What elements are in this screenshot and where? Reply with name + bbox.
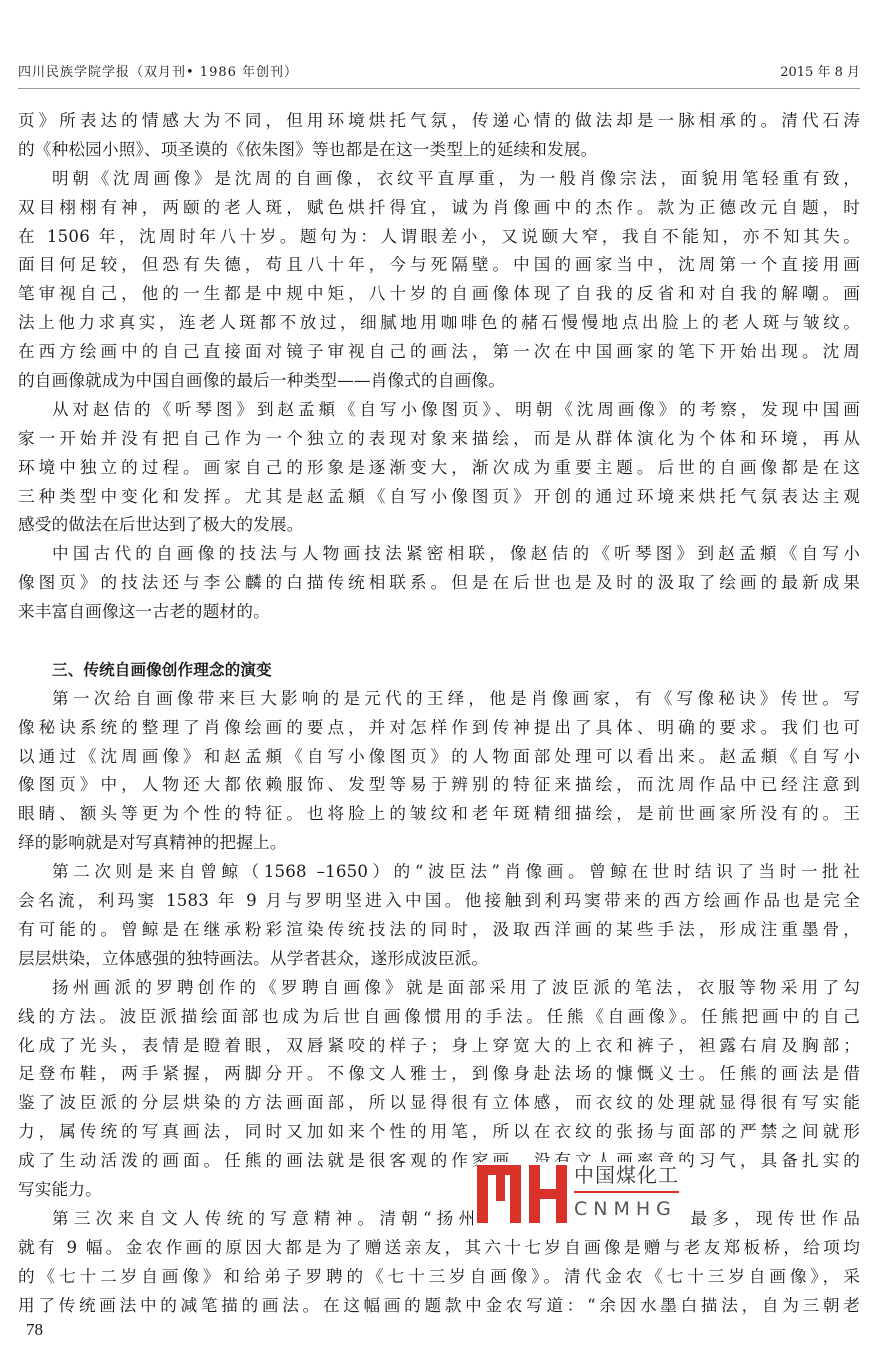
watermark-chinese-text: 中国煤化工 <box>574 1162 679 1188</box>
body-line: 的《七十二岁自画像》和给弟子罗聘的《七十三岁自画像》。清代金农《七十三岁自画像》… <box>18 1263 860 1292</box>
body-line: 化成了光头，表情是瞪着眼，双唇紧咬的样子；身上穿宽大的上衣和裤子，袒露右肩及胸部… <box>18 1032 860 1061</box>
body-line: 双目栩栩有神，两颐的老人斑，赋色烘扦得宜，诚为肖像画中的杰作。款为正德改元自题，… <box>18 194 860 223</box>
body-line: 来丰富自画像这一古老的题材的。 <box>18 598 860 627</box>
body-line: 层层烘染，立体感强的独特画法。从学者甚众，遂形成波臣派。 <box>18 945 860 974</box>
body-line: 面目何足较，但恐有失德，苟且八十年，今与死隔壁。中国的画家当中，沈周第一个直接用… <box>18 251 860 280</box>
body-line: 三种类型中变化和发挥。尤其是赵孟頫《自写小像图页》开创的通过环境来烘托气氛表达主… <box>18 483 860 512</box>
section-heading: 三、传统自画像创作理念的演变 <box>18 656 860 685</box>
header-rule <box>18 88 860 89</box>
body-line: 线的方法。波臣派描绘面部也成为后世自画像惯用的手法。任熊《自画像》。任熊把画中的… <box>18 1003 860 1032</box>
body-line: 足登布鞋，两手紧握，两脚分开。不像文人雅士，到像身赴法场的慷慨义士。任熊的画法是… <box>18 1060 860 1089</box>
body-line: 第二次则是来自曾鲸（1568 –1650）的“波臣法”肖像画。曾鲸在世时结识了当… <box>18 858 860 887</box>
body-line: 力，属传统的写真画法，同时又加如来个性的用笔，所以在衣纹的张扬与面部的严禁之间就… <box>18 1118 860 1147</box>
body-line: 写实能力。 <box>18 1176 860 1205</box>
issue-date: 2015 年 8 月 <box>780 62 860 84</box>
paragraph-gap <box>18 627 860 656</box>
journal-title: 四川民族学院学报（双月刊• 1986 年创刊） <box>18 62 298 84</box>
body-line: 像图页》中，人物还大都依赖服饰、发型等易于辨别的特征来描绘，而沈周作品中已经注意… <box>18 771 860 800</box>
body-line: 在西方绘画中的自己直接面对镜子审视自己的画法，第一次在中国画家的笔下开始出现。沈… <box>18 338 860 367</box>
body-line: 中国古代的自画像的技法与人物画技法紧密相联，像赵佶的《听琴图》到赵孟頫《自写小 <box>18 540 860 569</box>
body-line: 第三次来自文人传统的写意精神。清朝“扬州八怪”中金农的自画像最多，现传世作品 <box>18 1205 860 1234</box>
body-line: 鉴了波臣派的分层烘染的方法画面部，所以显得很有立体感，而衣纹的处理就显得很有写实… <box>18 1089 860 1118</box>
body-line: 家一开始并没有把自己作为一个独立的表现对象来描绘，而是从群体演化为个体和环境，再… <box>18 425 860 454</box>
body-line: 的《种松园小照》、项圣谟的《依朱图》等也都是在这一类型上的延续和发展。 <box>18 136 860 165</box>
body-line: 用了传统画法中的减笔描的画法。在这幅画的题款中金农写道：“余因水墨白描法，自为三… <box>18 1292 860 1321</box>
body-line: 扬州画派的罗聘创作的《罗聘自画像》就是面部采用了波臣派的笔法，衣服等物采用了勾 <box>18 974 860 1003</box>
body-line: 有可能的。曾鲸是在继承粉彩渲染传统技法的同时，汲取西洋画的某些手法，形成注重墨骨… <box>18 916 860 945</box>
body-line: 就有 9 幅。金农作画的原因大都是为了赠送亲友，其六十七岁自画像是赠与老友郑板桥… <box>18 1234 860 1263</box>
body-line: 会名流，利玛窦 1583 年 9 月与罗明坚进入中国。他接触到利玛窦带来的西方绘… <box>18 887 860 916</box>
cnmhg-logo-icon <box>477 1165 567 1223</box>
article-body: 页》所表达的情感大为不同，但用环境烘托气氛，传递心情的做法却是一脉相承的。清代石… <box>18 107 860 1320</box>
page-number: 78 <box>26 1320 43 1340</box>
body-line: 明朝《沈周画像》是沈周的自画像，衣纹平直厚重，为一般肖像宗法，面貌用笔轻重有致， <box>18 165 860 194</box>
body-line: 绎的影响就是对写真精神的把握上。 <box>18 829 860 858</box>
body-line: 像秘诀系统的整理了肖像绘画的要点，并对怎样作到传神提出了具体、明确的要求。我们也… <box>18 714 860 743</box>
body-line: 成了生动活泼的画面。任熊的画法就是很客观的作家画。没有文人画率意的习气，具备扎实… <box>18 1147 860 1176</box>
body-line: 眼睛、额头等更为个性的特征。也将脸上的皱纹和老年斑精细描绘，是前世画家所没有的。… <box>18 800 860 829</box>
body-line: 环境中独立的过程。画家自己的形象是逐渐变大，渐次成为重要主题。后世的自画像都是在… <box>18 454 860 483</box>
body-line: 从对赵佶的《听琴图》到赵孟頫《自写小像图页》、明朝《沈周画像》的考察，发现中国画 <box>18 396 860 425</box>
body-line: 以通过《沈周画像》和赵孟頫《自写小像图页》的人物面部处理可以看出来。赵孟頫《自写… <box>18 743 860 772</box>
watermark-english-text: CNMHG <box>574 1197 677 1221</box>
body-line: 像图页》的技法还与李公麟的白描传统相联系。但是在后世也是及时的汲取了绘画的最新成… <box>18 569 860 598</box>
body-line: 页》所表达的情感大为不同，但用环境烘托气氛，传递心情的做法却是一脉相承的。清代石… <box>18 107 860 136</box>
body-line: 法上他力求真实，连老人斑都不放过，细腻地用咖啡色的赭石慢慢地点出脸上的老人斑与皱… <box>18 309 860 338</box>
body-line: 笔审视自己，他的一生都是中规中矩，八十岁的自画像体现了自我的反省和对自我的解嘲。… <box>18 280 860 309</box>
running-head: 四川民族学院学报（双月刊• 1986 年创刊） 2015 年 8 月 <box>18 62 860 84</box>
body-line: 的自画像就成为中国自画像的最后一种类型——肖像式的自画像。 <box>18 367 860 396</box>
watermark-logo: 中国煤化工 CNMHG <box>477 1162 689 1226</box>
body-line: 在 1506 年，沈周时年八十岁。题句为：人谓眼差小，又说颐大窄，我自不能知，亦… <box>18 223 860 252</box>
body-line: 第一次给自画像带来巨大影响的是元代的王绎，他是肖像画家，有《写像秘诀》传世。写 <box>18 685 860 714</box>
body-line: 感受的做法在后世达到了极大的发展。 <box>18 511 860 540</box>
watermark-rule <box>574 1191 679 1193</box>
